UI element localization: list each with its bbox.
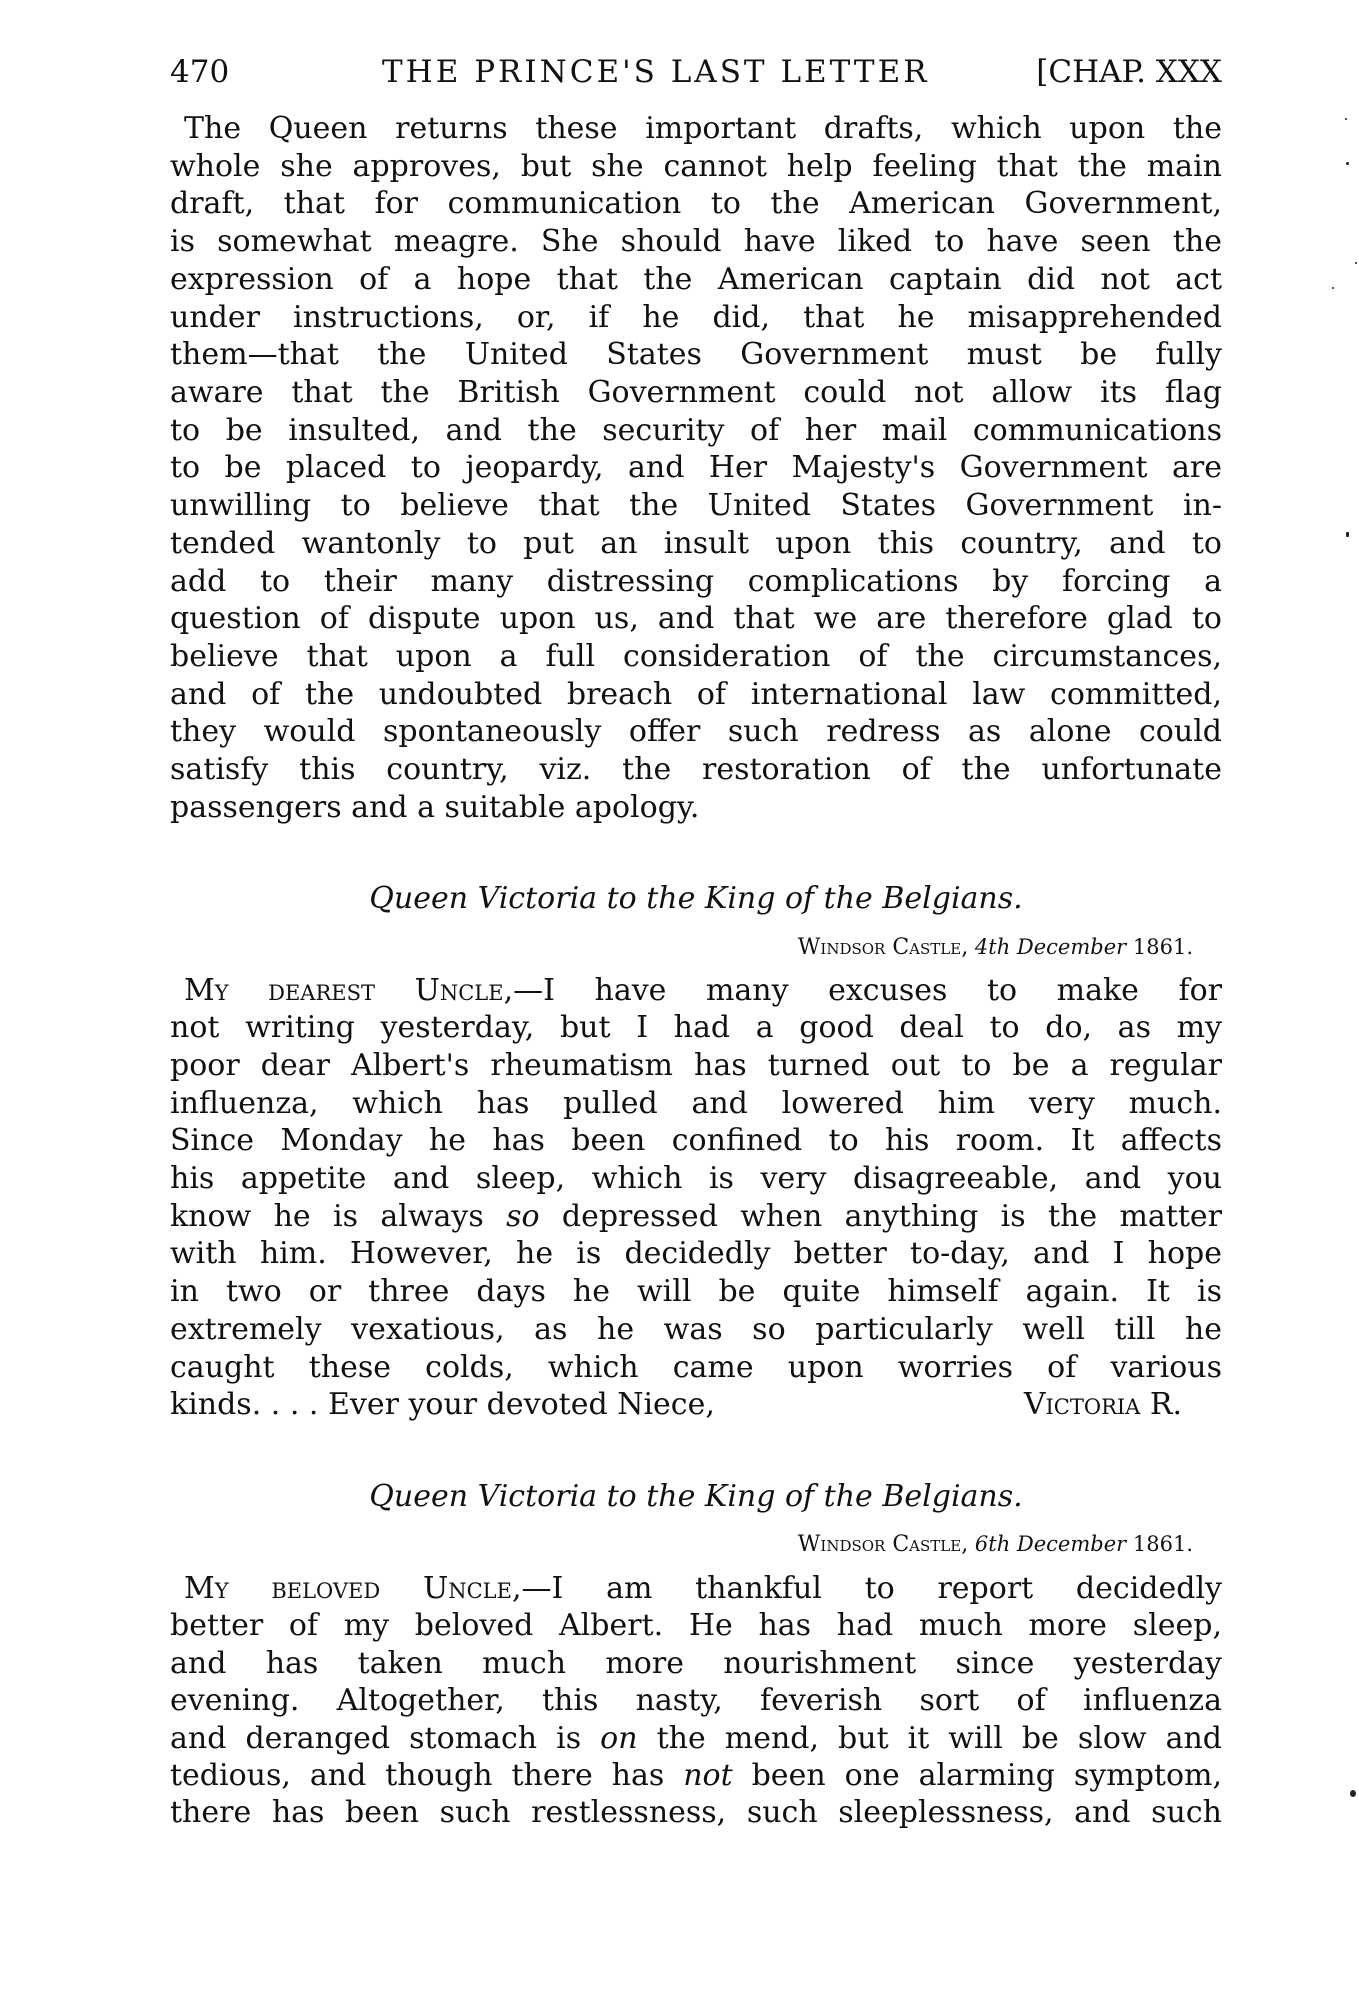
paragraph-line: believe that upon a full consideration o… <box>170 638 1222 676</box>
letter-line: caught these colds, which came upon worr… <box>170 1349 1222 1387</box>
scan-speck <box>1345 118 1347 120</box>
dateline-place: Windsor Castle, <box>798 1532 968 1557</box>
dateline-day: 6th <box>975 1532 1010 1556</box>
letter-line: Since Monday he has been confined to his… <box>170 1122 1222 1160</box>
letter-line: tedious, and though there has not been o… <box>170 1757 1222 1795</box>
letter-line: better of my beloved Albert. He has had … <box>170 1607 1222 1645</box>
letter-line: his appetite and sleep, which is very di… <box>170 1160 1222 1198</box>
paragraph-line: tended wantonly to put an insult upon th… <box>170 525 1222 563</box>
paragraph-line: to be insulted, and the security of her … <box>170 412 1222 450</box>
paragraph-line: to be placed to jeopardy, and Her Majest… <box>170 449 1222 487</box>
text-run: the mend, but it will be slow and <box>638 1721 1222 1756</box>
letter-line: evening. Altogether, this nasty, feveris… <box>170 1682 1222 1720</box>
dateline: Windsor Castle, 6th December 1861. <box>798 1529 1193 1560</box>
dateline-day: 4th <box>975 935 1010 959</box>
paragraph-line: add to their many distressing complicati… <box>170 563 1222 601</box>
paragraph-line: is somewhat meagre. She should have like… <box>170 223 1222 261</box>
running-title: THE PRINCE'S LAST LETTER <box>382 52 930 92</box>
salutation-uncle: Uncle, <box>423 1571 522 1606</box>
salutation-uncle: Uncle, <box>415 973 514 1008</box>
paragraph-line: passengers and a suitable apology. <box>170 789 1222 827</box>
paragraph-line: aware that the British Government could … <box>170 374 1222 412</box>
paragraph-line: draft, that for communication to the Ame… <box>170 185 1222 223</box>
paragraph-line: The Queen returns these important drafts… <box>184 110 1222 148</box>
page-number: 470 <box>170 52 229 92</box>
salutation-my: My <box>184 973 229 1008</box>
scan-speck <box>1332 287 1334 289</box>
dateline-place: Windsor Castle, <box>798 935 968 960</box>
text-run: been one alarming symptom, <box>733 1758 1222 1793</box>
closing-text: kinds. . . . Ever your devoted Niece, <box>170 1387 715 1422</box>
italic-emphasis: so <box>506 1199 539 1234</box>
paragraph-line: whole she approves, but she cannot help … <box>170 148 1222 186</box>
letter-line: with him. However, he is decidedly bette… <box>170 1235 1222 1273</box>
dateline-year: 1861. <box>1133 1532 1193 1556</box>
letter-line: in two or three days he will be quite hi… <box>170 1273 1222 1311</box>
running-head: 470 THE PRINCE'S LAST LETTER [CHAP. XXX <box>170 52 1222 92</box>
paragraph-line: question of dispute upon us, and that we… <box>170 600 1222 638</box>
salutation-word: beloved <box>271 1571 380 1606</box>
signature: Victoria R. <box>1024 1386 1182 1424</box>
italic-emphasis: not <box>683 1758 732 1793</box>
letter-heading: Queen Victoria to the King of the Belgia… <box>170 1478 1222 1516</box>
closing-line: kinds. . . . Ever your devoted Niece, Vi… <box>170 1386 1222 1424</box>
text-run: depressed when anything is the matter <box>540 1199 1222 1234</box>
salutation-continuation: —I am thankful to report decidedly <box>522 1571 1223 1606</box>
scan-speck <box>1350 1790 1356 1797</box>
letter-line: and deranged stomach is on the mend, but… <box>170 1720 1222 1758</box>
text-run: tedious, and though there has <box>170 1758 683 1793</box>
salutation-my: My <box>184 1571 229 1606</box>
chapter-marker: [CHAP. XXX <box>1036 52 1222 92</box>
text-run: know he is always <box>170 1199 506 1234</box>
paragraph-line: satisfy this country, viz. the restorati… <box>170 751 1222 789</box>
scan-speck <box>1346 162 1349 165</box>
dateline-month: December <box>1017 1532 1126 1556</box>
salutation-word: dearest <box>268 973 375 1008</box>
salutation-line: My dearest Uncle,—I have many excuses to… <box>184 972 1222 1010</box>
paragraph-line: under instructions, or, if he did, that … <box>170 299 1222 337</box>
dateline-month: December <box>1017 935 1126 959</box>
paragraph-line: them—that the United States Government m… <box>170 336 1222 374</box>
letter-line: and has taken much more nourishment sinc… <box>170 1645 1222 1683</box>
salutation-line: My beloved Uncle,—I am thankful to repor… <box>184 1570 1222 1608</box>
italic-emphasis: on <box>600 1721 637 1756</box>
letter-line: extremely vexatious, as he was so partic… <box>170 1311 1222 1349</box>
book-page: 470 THE PRINCE'S LAST LETTER [CHAP. XXX … <box>0 0 1359 2010</box>
dateline-year: 1861. <box>1133 935 1193 959</box>
paragraph-line: expression of a hope that the American c… <box>170 261 1222 299</box>
letter-line: know he is always so depressed when anyt… <box>170 1198 1222 1236</box>
dateline: Windsor Castle, 4th December 1861. <box>798 932 1193 963</box>
paragraph-line: and of the undoubted breach of internati… <box>170 676 1222 714</box>
letter-line: influenza, which has pulled and lowered … <box>170 1085 1222 1123</box>
letter-line: there has been such restlessness, such s… <box>170 1794 1222 1832</box>
salutation-continuation: —I have many excuses to make for <box>513 973 1222 1008</box>
scan-speck <box>1346 532 1349 537</box>
letter-line: poor dear Albert's rheumatism has turned… <box>170 1047 1222 1085</box>
paragraph-line: they would spontaneously offer such redr… <box>170 713 1222 751</box>
text-run: and deranged stomach is <box>170 1721 600 1756</box>
paragraph-line: unwilling to believe that the United Sta… <box>170 487 1222 525</box>
letter-heading: Queen Victoria to the King of the Belgia… <box>170 880 1222 918</box>
letter-line: not writing yesterday, but I had a good … <box>170 1009 1222 1047</box>
scan-speck <box>1355 262 1357 264</box>
